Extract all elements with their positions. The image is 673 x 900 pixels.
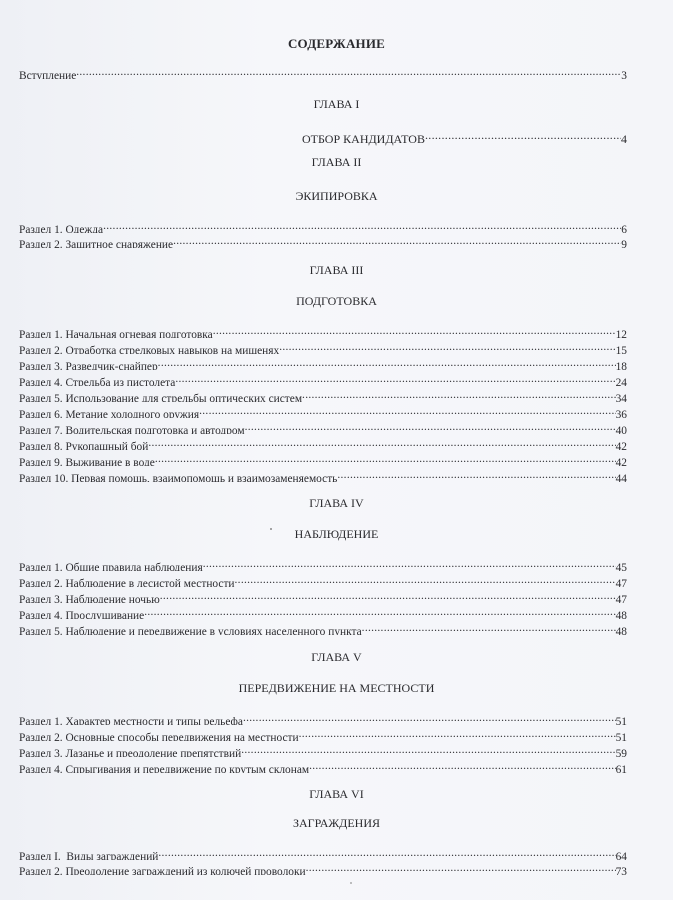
leader-dots — [203, 557, 616, 571]
leader-dots — [155, 452, 616, 466]
toc-entry: Раздел 10. Первая помощь, взаимопомощь и… — [19, 468, 627, 482]
entry-page: 34 — [616, 392, 627, 402]
toc-entry: Раздел 2. Отработка стрелковых навыков н… — [19, 340, 627, 354]
leader-dots — [306, 861, 616, 875]
toc-entry: Раздел 4. Прослушивание 48 — [19, 605, 627, 619]
toc-entry: Раздел 4. Спрыгивания и передвижение по … — [19, 759, 627, 773]
entry-label: Раздел 1. Общие правила наблюдения — [19, 561, 203, 571]
leader-dots — [299, 727, 616, 741]
leader-dots — [148, 436, 615, 450]
entry-label: Раздел 4. Стрельба из пистолета — [19, 376, 175, 386]
leader-dots — [362, 621, 616, 635]
leader-dots — [309, 759, 616, 773]
chapter-3-title: ПОДГОТОВКА — [0, 294, 673, 309]
entry-page: 59 — [616, 747, 627, 757]
leader-dots — [245, 420, 616, 434]
chapter-4-title: НАБЛЮДЕНИЕ — [0, 527, 673, 542]
entry-label: Раздел 1. Характер местности и типы рель… — [19, 715, 243, 725]
leader-dots — [103, 219, 621, 233]
entry-label: Раздел 5. Использование для стрельбы опт… — [19, 392, 302, 402]
entry-page: 48 — [616, 609, 627, 619]
toc-entry: Раздел 1. Начальная огневая подготовка 1… — [19, 324, 627, 338]
toc-entry: Раздел 3. Лазанье и преодоление препятст… — [19, 743, 627, 757]
toc-entry: Раздел 5. Использование для стрельбы опт… — [19, 388, 627, 402]
entry-page: 40 — [616, 424, 627, 434]
leader-dots — [158, 356, 616, 370]
entry-page: 36 — [616, 408, 627, 418]
entry-page: 61 — [616, 763, 627, 773]
entry-page: 6 — [621, 223, 627, 233]
chapter-1-title-entry: ОТБОР КАНДИДАТОВ 4 — [302, 127, 627, 143]
entry-label: Раздел I. Виды заграждений — [19, 850, 158, 860]
entry-label: Раздел 6. Метание холодного оружия — [19, 408, 199, 418]
entry-page: 51 — [616, 731, 627, 741]
toc-entry: Раздел 1. Одежда 6 — [19, 219, 627, 233]
entry-label: Раздел 4. Спрыгивания и передвижение по … — [19, 763, 309, 773]
entry-label: Раздел 1. Одежда — [19, 223, 103, 233]
toc-entry: Раздел 4. Стрельба из пистолета 24 — [19, 372, 627, 386]
book-page: СОДЕРЖАНИЕ Вступление 3 ГЛАВА I ОТБОР КА… — [0, 0, 673, 900]
entry-label: Раздел 3. Разведчик-снайпер — [19, 360, 158, 370]
chapter-2-title: ЭКИПИРОВКА — [0, 189, 673, 204]
toc-entry-intro: Вступление 3 — [19, 65, 627, 79]
entry-page: 42 — [616, 440, 627, 450]
entry-label: Раздел 7. Водительская подготовка и авто… — [19, 424, 245, 434]
toc-entry: Раздел 2. Защитное снаряжение 9 — [19, 234, 627, 248]
chapter-5-title: ПЕРЕДВИЖЕНИЕ НА МЕСТНОСТИ — [0, 681, 673, 696]
entry-page: 48 — [616, 625, 627, 635]
entry-label: Раздел 2. Основные способы передвижения … — [19, 731, 299, 741]
toc-entry: Раздел 2. Основные способы передвижения … — [19, 727, 627, 741]
entry-page: 73 — [616, 865, 627, 875]
entry-page: 9 — [621, 238, 627, 248]
toc-entry: Раздел 3. Наблюдение ночью 47 — [19, 589, 627, 603]
toc-entry: Раздел 6. Метание холодного оружия 36 — [19, 404, 627, 418]
leader-dots — [144, 605, 615, 619]
leader-dots — [76, 65, 621, 79]
chapter-1-title: ОТБОР КАНДИДАТОВ — [302, 131, 425, 147]
chapter-1-number: ГЛАВА I — [0, 97, 673, 112]
toc-entry: Раздел I. Виды заграждений 64 — [19, 846, 627, 860]
entry-page: 24 — [616, 376, 627, 386]
toc-entry: Раздел 2. Преодоление заграждений из кол… — [19, 861, 627, 875]
leader-dots — [241, 743, 615, 757]
entry-page: 4 — [621, 131, 627, 147]
toc-entry: Раздел 3. Разведчик-снайпер 18 — [19, 356, 627, 370]
leader-dots — [337, 468, 615, 482]
entry-page: 3 — [621, 69, 627, 79]
leader-dots — [235, 573, 616, 587]
entry-label: Раздел 2. Отработка стрелковых навыков н… — [19, 344, 279, 354]
entry-page: 18 — [616, 360, 627, 370]
entry-page: 47 — [616, 593, 627, 603]
leader-dots — [160, 589, 616, 603]
toc-title: СОДЕРЖАНИЕ — [0, 36, 673, 52]
scan-speck — [350, 882, 352, 884]
entry-page: 44 — [616, 472, 627, 482]
toc-entry: Раздел 7. Водительская подготовка и авто… — [19, 420, 627, 434]
entry-page: 45 — [616, 561, 627, 571]
toc-entry: Раздел 9. Выживание в воде 42 — [19, 452, 627, 466]
chapter-5-number: ГЛАВА V — [0, 650, 673, 665]
toc-entry: Раздел 1. Характер местности и типы рель… — [19, 711, 627, 725]
leader-dots — [173, 234, 621, 248]
chapter-4-number: ГЛАВА IV — [0, 496, 673, 511]
entry-label: Раздел 3. Наблюдение ночью — [19, 593, 160, 603]
entry-label: Раздел 10. Первая помощь, взаимопомощь и… — [19, 472, 337, 482]
chapter-3-number: ГЛАВА III — [0, 263, 673, 278]
entry-label: Раздел 2. Защитное снаряжение — [19, 238, 173, 248]
leader-dots — [175, 372, 615, 386]
entry-label: Раздел 3. Лазанье и преодоление препятст… — [19, 747, 241, 757]
chapter-6-number: ГЛАВА VI — [0, 787, 673, 802]
entry-page: 64 — [616, 850, 627, 860]
chapter-6-title: ЗАГРАЖДЕНИЯ — [0, 816, 673, 831]
toc-entry: Раздел 8. Рукопашный бой 42 — [19, 436, 627, 450]
entry-page: 12 — [616, 328, 627, 338]
leader-dots — [302, 388, 616, 402]
leader-dots — [243, 711, 616, 725]
entry-page: 15 — [616, 344, 627, 354]
entry-label: Раздел 5. Наблюдение и передвижение в ус… — [19, 625, 362, 635]
entry-label: Раздел 4. Прослушивание — [19, 609, 144, 619]
entry-label: Раздел 2. Преодоление заграждений из кол… — [19, 865, 306, 875]
toc-entry: Раздел 5. Наблюдение и передвижение в ус… — [19, 621, 627, 635]
entry-page: 47 — [616, 577, 627, 587]
leader-dots — [279, 340, 615, 354]
leader-dots — [199, 404, 615, 418]
entry-label: Раздел 1. Начальная огневая подготовка — [19, 328, 213, 338]
entry-page: 51 — [616, 715, 627, 725]
toc-entry: Раздел 1. Общие правила наблюдения 45 — [19, 557, 627, 571]
leader-dots — [425, 127, 621, 143]
chapter-2-number: ГЛАВА II — [0, 155, 673, 170]
entry-label: Вступление — [19, 69, 76, 79]
entry-label: Раздел 9. Выживание в воде — [19, 456, 155, 466]
entry-label: Раздел 8. Рукопашный бой — [19, 440, 148, 450]
leader-dots — [213, 324, 616, 338]
toc-entry: Раздел 2. Наблюдение в лесистой местност… — [19, 573, 627, 587]
entry-label: Раздел 2. Наблюдение в лесистой местност… — [19, 577, 235, 587]
entry-page: 42 — [616, 456, 627, 466]
leader-dots — [158, 846, 615, 860]
